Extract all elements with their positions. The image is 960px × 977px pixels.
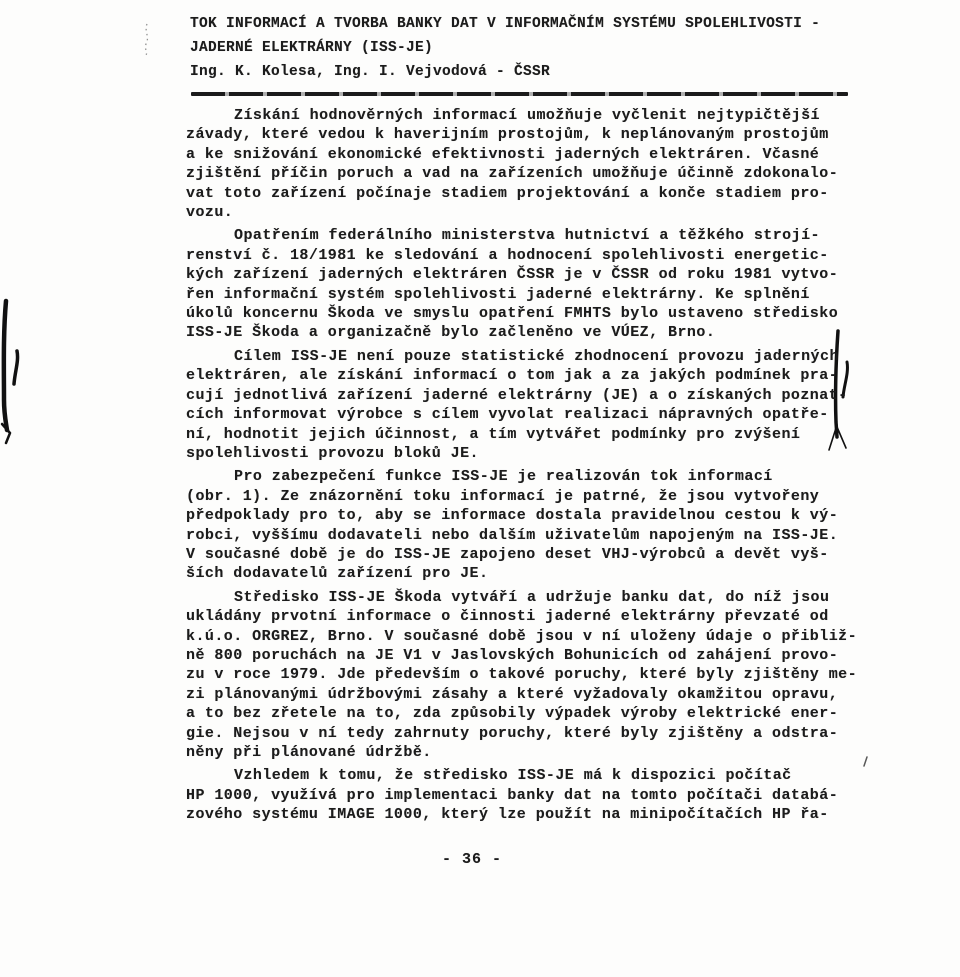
text-line: ukládány prvotní informace o činnosti ja… bbox=[186, 607, 862, 626]
ink-squiggle-top-left-icon bbox=[145, 24, 147, 55]
text-line: vat toto zařízení počínaje stadiem proje… bbox=[186, 184, 862, 203]
document-header: TOK INFORMACÍ A TVORBA BANKY DAT V INFOR… bbox=[190, 12, 870, 84]
text-line: kých zařízení jaderných elektráren ČSSR … bbox=[186, 265, 862, 284]
text-line: cích informovat výrobce s cílem vyvolat … bbox=[186, 405, 862, 424]
text-line: a ke snižování ekonomické efektivnosti j… bbox=[186, 145, 862, 164]
paragraph: Středisko ISS-JE Škoda vytváří a udržuje… bbox=[186, 588, 862, 763]
paragraph: Vzhledem k tomu, že středisko ISS-JE má … bbox=[186, 766, 862, 824]
text-line: zového systému IMAGE 1000, který lze pou… bbox=[186, 805, 862, 824]
paragraph: Získání hodnověrných informací umožňuje … bbox=[186, 106, 862, 222]
authors-line: Ing. K. Kolesa, Ing. I. Vejvodová - ČSSR bbox=[190, 60, 870, 84]
document-body: Získání hodnověrných informací umožňuje … bbox=[186, 106, 862, 829]
paragraph: Opatřením federálního ministerstva hutni… bbox=[186, 226, 862, 342]
text-line: HP 1000, využívá pro implementaci banky … bbox=[186, 786, 862, 805]
text-line: závady, které vedou k haverijním prostoj… bbox=[186, 125, 862, 144]
text-line: ISS-JE Škoda a organizačně bylo začleněn… bbox=[186, 323, 862, 342]
page-number: - 36 - bbox=[192, 851, 752, 868]
text-line: V současné době je do ISS-JE zapojeno de… bbox=[186, 545, 862, 564]
document-title-line-2: JADERNÉ ELEKTRÁRNY (ISS-JE) bbox=[190, 36, 870, 60]
text-line: předpoklady pro to, aby se informace dos… bbox=[186, 506, 862, 525]
text-line: (obr. 1). Ze znázornění toku informací j… bbox=[186, 487, 862, 506]
text-line: vozu. bbox=[186, 203, 862, 222]
text-line: Získání hodnověrných informací umožňuje … bbox=[186, 106, 862, 125]
text-line: k.ú.o. ORGREZ, Brno. V současné době jso… bbox=[186, 627, 862, 646]
ink-stroke-left-long-icon bbox=[4, 301, 7, 430]
text-line: ších dodavatelů zařízení pro JE. bbox=[186, 564, 862, 583]
text-line: spolehlivosti provozu bloků JE. bbox=[186, 444, 862, 463]
text-line: řen informační systém spolehlivosti jade… bbox=[186, 285, 862, 304]
text-line: cují jednotlivá zařízení jaderné elektrá… bbox=[186, 386, 862, 405]
text-line: a to bez zřetele na to, zda způsobily vý… bbox=[186, 704, 862, 723]
header-rule bbox=[191, 92, 848, 96]
text-line: něny při plánované údržbě. bbox=[186, 743, 862, 762]
text-line: Pro zabezpečení funkce ISS-JE je realizo… bbox=[186, 467, 862, 486]
text-line: Středisko ISS-JE Škoda vytváří a udržuje… bbox=[186, 588, 862, 607]
text-line: Cílem ISS-JE není pouze statistické zhod… bbox=[186, 347, 862, 366]
text-line: zjištění příčin poruch a vad na zařízení… bbox=[186, 164, 862, 183]
text-line: robci, vyššímu dodavateli nebo dalším už… bbox=[186, 526, 862, 545]
text-line: úkolů koncernu Škoda ve smyslu opatření … bbox=[186, 304, 862, 323]
text-line: gie. Nejsou v ní tedy zahrnuty poruchy, … bbox=[186, 724, 862, 743]
text-line: renství č. 18/1981 ke sledování a hodnoc… bbox=[186, 246, 862, 265]
text-line: zu v roce 1979. Jde především o takové p… bbox=[186, 665, 862, 684]
text-line: ní, hodnotit jejich účinnost, a tím vytv… bbox=[186, 425, 862, 444]
paragraph: Pro zabezpečení funkce ISS-JE je realizo… bbox=[186, 467, 862, 583]
ink-stroke-left-short-icon bbox=[14, 351, 18, 384]
document-title-line-1: TOK INFORMACÍ A TVORBA BANKY DAT V INFOR… bbox=[190, 12, 870, 36]
text-line: Opatřením federálního ministerstva hutni… bbox=[186, 226, 862, 245]
text-line: elektráren, ale získání informací o tom … bbox=[186, 366, 862, 385]
text-line: ně 800 poruchách na JE V1 v Jaslovských … bbox=[186, 646, 862, 665]
paragraph: Cílem ISS-JE není pouze statistické zhod… bbox=[186, 347, 862, 463]
ink-stroke-left-hook-icon bbox=[2, 424, 10, 443]
scanned-page: TOK INFORMACÍ A TVORBA BANKY DAT V INFOR… bbox=[0, 0, 960, 977]
ink-tick-icon bbox=[864, 757, 867, 766]
text-line: zi plánovanými údržbovými zásahy a které… bbox=[186, 685, 862, 704]
text-line: Vzhledem k tomu, že středisko ISS-JE má … bbox=[186, 766, 862, 785]
